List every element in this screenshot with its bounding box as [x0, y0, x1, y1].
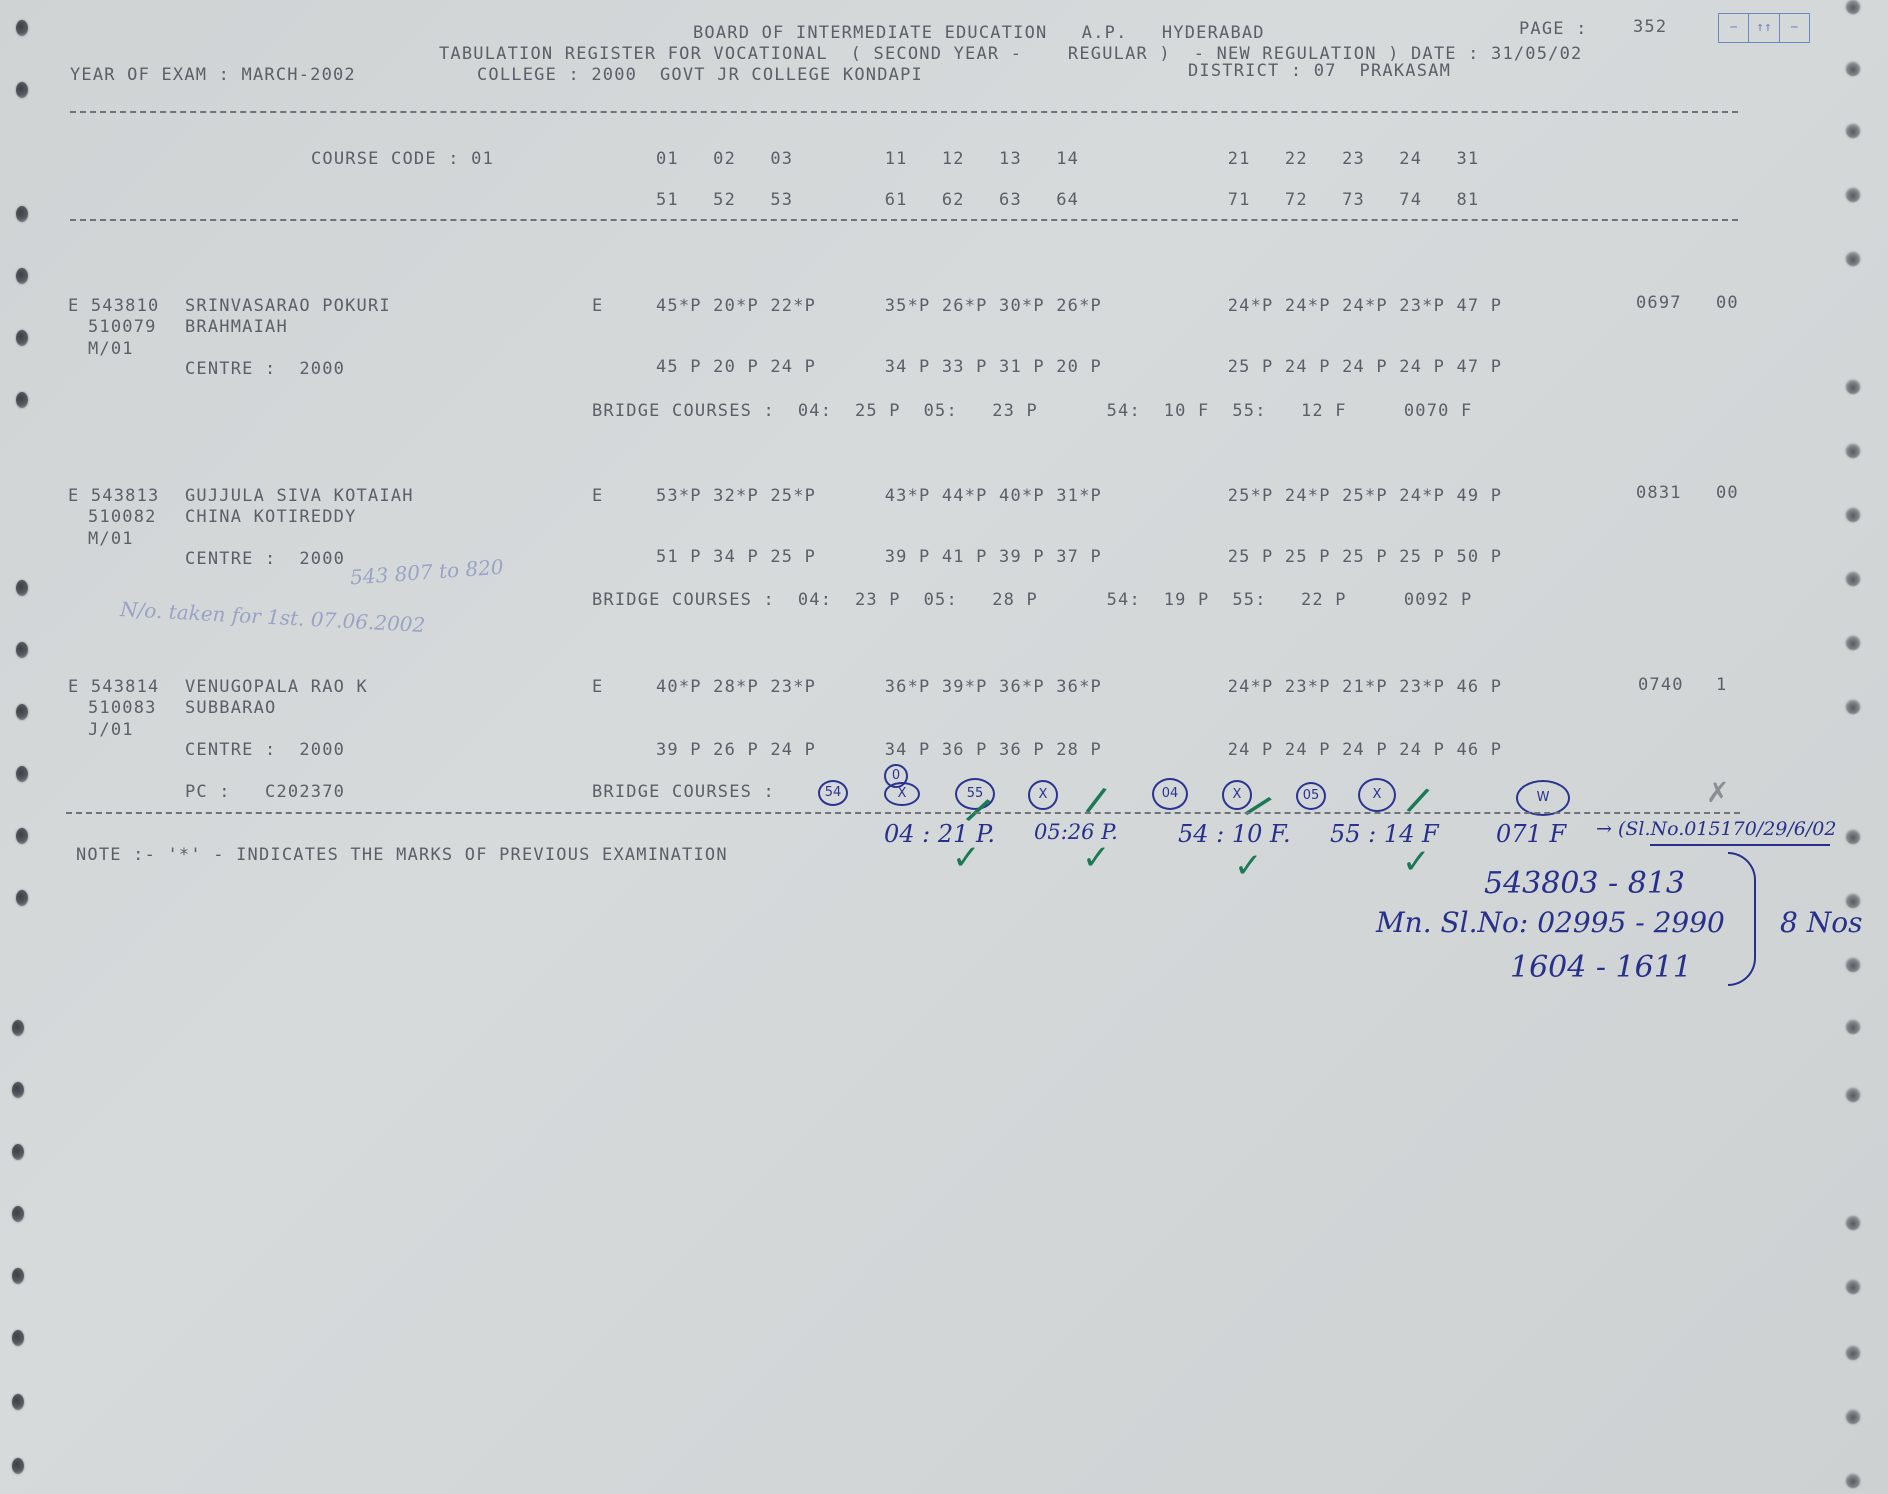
centre: CENTRE : 2000	[185, 740, 345, 760]
check-mark-icon: /	[1084, 779, 1109, 821]
year-of-exam: YEAR OF EXAM : MARCH-2002	[70, 65, 356, 85]
tractor-hole	[1846, 1346, 1860, 1360]
district-info: DISTRICT : 07 PRAKASAM	[1188, 61, 1451, 81]
course-code: COURSE CODE : 01	[311, 149, 494, 169]
tractor-hole	[1846, 124, 1860, 138]
tractor-hole	[1846, 1410, 1860, 1424]
tractor-hole	[12, 1268, 24, 1284]
marks-current: 51 P 34 P 25 P 39 P 41 P 39 P 37 P 25 P …	[656, 547, 1502, 567]
medium: E	[592, 296, 603, 316]
check-mark-icon: /	[1404, 779, 1432, 821]
circled-mark: X	[884, 782, 920, 806]
handwritten-underline	[1650, 844, 1830, 846]
pc-number: PC : C202370	[185, 782, 345, 802]
group-code: J/01	[88, 720, 134, 740]
stamp-cell: −	[1719, 14, 1749, 42]
tractor-hole	[1846, 700, 1860, 714]
tractor-hole	[1846, 1216, 1860, 1230]
tractor-hole	[16, 206, 28, 222]
check-mark-icon: ✓	[1402, 842, 1431, 882]
circled-mark: X	[1358, 778, 1396, 812]
hall-ticket: E 543814	[68, 677, 159, 697]
medium: E	[592, 486, 603, 506]
result-code: 1	[1716, 675, 1727, 695]
tractor-hole	[1846, 572, 1860, 586]
tractor-hole	[12, 1020, 24, 1036]
tractor-hole	[16, 392, 28, 408]
board-title: BOARD OF INTERMEDIATE EDUCATION A.P. HYD…	[693, 23, 1265, 43]
subject-codes-row-2: 51 52 53 61 62 63 64 71 72 73 74 81	[656, 190, 1479, 210]
tractor-hole	[12, 1394, 24, 1410]
check-mark-icon: ✓	[1234, 846, 1263, 886]
marks-previous: 45*P 20*P 22*P 35*P 26*P 30*P 26*P 24*P …	[656, 296, 1502, 316]
marks-current: 45 P 20 P 24 P 34 P 33 P 31 P 20 P 25 P …	[656, 357, 1502, 377]
tractor-hole	[1846, 1474, 1860, 1488]
footnote: NOTE :- '*' - INDICATES THE MARKS OF PRE…	[76, 845, 728, 865]
centre: CENTRE : 2000	[185, 359, 345, 379]
handwritten-reference: → (Sl.No.015170/29/6/02	[1596, 818, 1836, 840]
student-name: VENUGOPALA RAO K	[185, 677, 368, 697]
result-code: 00	[1716, 483, 1739, 503]
tractor-hole	[1846, 62, 1860, 76]
reg-number: 510079	[88, 317, 157, 337]
stamp-cell: −	[1780, 14, 1809, 42]
circled-mark: 54	[818, 780, 848, 806]
check-mark-icon: ✓	[1082, 838, 1111, 878]
tractor-hole	[1846, 1280, 1860, 1294]
subject-codes-row-1: 01 02 03 11 12 13 14 21 22 23 24 31	[656, 149, 1479, 169]
tractor-hole	[12, 1458, 24, 1474]
tractor-hole	[16, 704, 28, 720]
tractor-hole	[16, 828, 28, 844]
divider	[66, 812, 1740, 814]
tractor-hole	[1846, 1020, 1860, 1034]
group-code: M/01	[88, 529, 134, 549]
circled-mark: 05	[1296, 782, 1326, 810]
handwritten-faint-note: N/o. taken for 1st. 07.06.2002	[120, 597, 426, 637]
page-label: PAGE :	[1519, 19, 1588, 39]
father-name: CHINA KOTIREDDY	[185, 507, 357, 527]
reg-number: 510082	[88, 507, 157, 527]
handwritten-brace	[1728, 852, 1756, 986]
tractor-hole	[16, 580, 28, 596]
tractor-hole	[12, 1206, 24, 1222]
circled-mark: X	[1028, 780, 1058, 810]
tractor-hole	[16, 642, 28, 658]
tractor-hole	[12, 1144, 24, 1160]
handwritten-range: 543803 - 813	[1484, 866, 1685, 901]
tractor-hole	[1846, 444, 1860, 458]
student-name: SRINVASARAO POKURI	[185, 296, 391, 316]
tractor-hole	[16, 268, 28, 284]
hall-ticket: E 543810	[68, 296, 159, 316]
circled-mark: 04	[1152, 778, 1188, 810]
father-name: BRAHMAIAH	[185, 317, 288, 337]
check-mark-icon: ✓	[952, 838, 981, 878]
marks-previous: 53*P 32*P 25*P 43*P 44*P 40*P 31*P 25*P …	[656, 486, 1502, 506]
tractor-hole	[1846, 0, 1860, 14]
result-code: 00	[1716, 293, 1739, 313]
tractor-hole	[1846, 380, 1860, 394]
tractor-hole	[16, 890, 28, 906]
scanned-tabulation-register: BOARD OF INTERMEDIATE EDUCATION A.P. HYD…	[0, 0, 1888, 1494]
group-code: M/01	[88, 339, 134, 359]
stamp-cell: ↑↑	[1749, 14, 1779, 42]
bridge-courses: BRIDGE COURSES : 04: 23 P 05: 28 P 54: 1…	[592, 590, 1472, 610]
handwritten-range: 1604 - 1611	[1510, 950, 1692, 985]
handwritten-faint-note: 543 807 to 820	[349, 555, 504, 590]
hall-ticket: E 543813	[68, 486, 159, 506]
handwritten-correction: 071 F	[1496, 820, 1566, 848]
reg-number: 510083	[88, 698, 157, 718]
tractor-hole	[16, 766, 28, 782]
page-number: 352	[1633, 17, 1667, 37]
bridge-courses: BRIDGE COURSES :	[592, 782, 775, 802]
marks-current: 39 P 26 P 24 P 34 P 36 P 36 P 28 P 24 P …	[656, 740, 1502, 760]
tractor-hole	[1846, 636, 1860, 650]
handwritten-correction: 54 : 10 F.	[1178, 820, 1291, 848]
tractor-hole	[1846, 508, 1860, 522]
bridge-courses: BRIDGE COURSES : 04: 25 P 05: 23 P 54: 1…	[592, 401, 1472, 421]
total-marks: 0831	[1636, 483, 1682, 503]
circled-mark: W	[1516, 780, 1570, 816]
divider	[70, 111, 1738, 113]
handwritten-count: 8 Nos	[1780, 906, 1862, 939]
cross-mark-icon: ✗	[1706, 776, 1729, 809]
tractor-hole	[1846, 188, 1860, 202]
father-name: SUBBARAO	[185, 698, 276, 718]
tractor-hole	[12, 1082, 24, 1098]
college-info: COLLEGE : 2000 GOVT JR COLLEGE KONDAPI	[477, 65, 923, 85]
circled-mark: X	[1222, 780, 1252, 810]
student-name: GUJJULA SIVA KOTAIAH	[185, 486, 414, 506]
tractor-hole	[16, 82, 28, 98]
tractor-hole	[1846, 830, 1860, 844]
tractor-hole	[16, 20, 28, 36]
tractor-hole	[1846, 958, 1860, 972]
tractor-hole	[1846, 252, 1860, 266]
total-marks: 0697	[1636, 293, 1682, 313]
medium: E	[592, 677, 603, 697]
total-marks: 0740	[1638, 675, 1684, 695]
divider	[70, 219, 1738, 221]
tractor-hole	[16, 330, 28, 346]
tractor-hole	[12, 1330, 24, 1346]
tractor-hole	[1846, 1088, 1860, 1102]
marks-previous: 40*P 28*P 23*P 36*P 39*P 36*P 36*P 24*P …	[656, 677, 1502, 697]
centre: CENTRE : 2000	[185, 549, 345, 569]
ink-stamp: − ↑↑ −	[1718, 13, 1810, 43]
handwritten-range: Mn. Sl.No: 02995 - 2990	[1376, 906, 1725, 939]
